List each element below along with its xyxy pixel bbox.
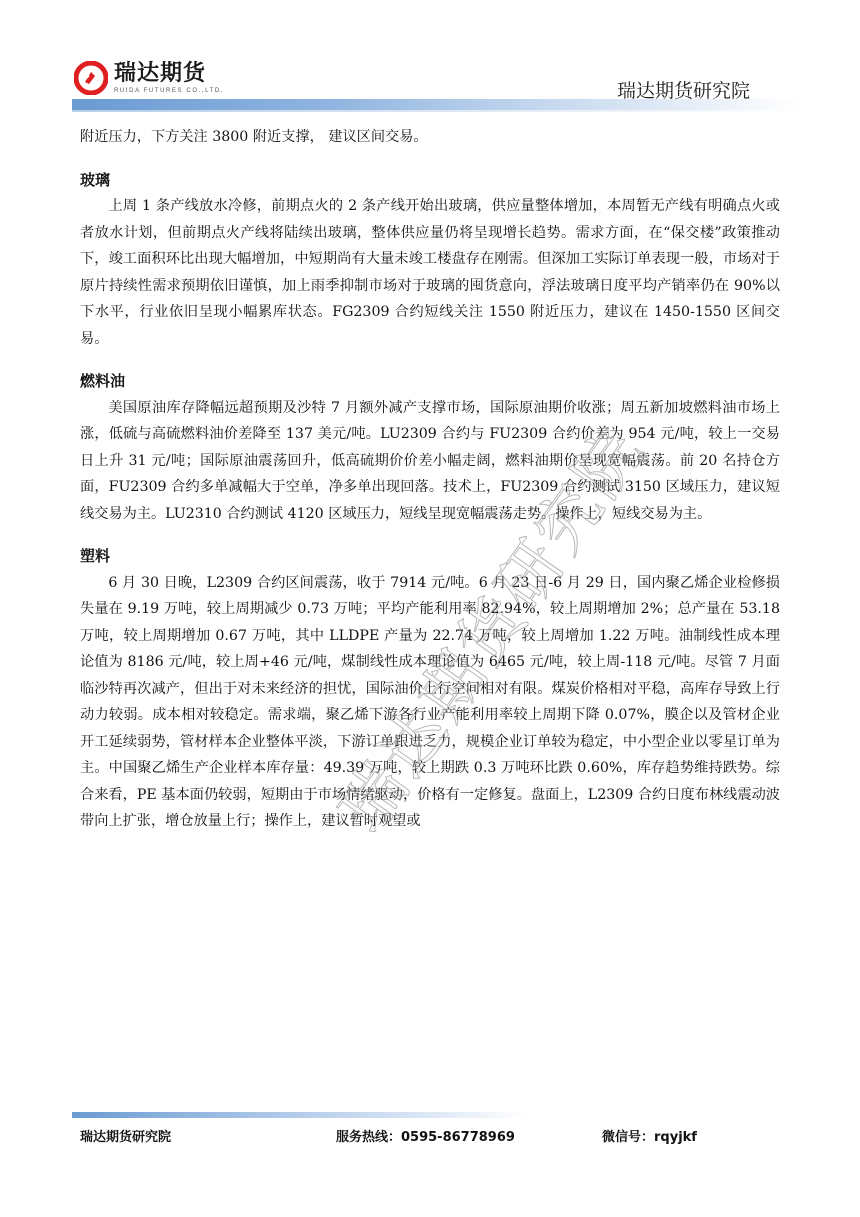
footer-divider-bar: [72, 1112, 527, 1118]
footer-wechat: 微信号：rqyjkf: [602, 1126, 697, 1145]
section-title-glass: 玻璃: [80, 167, 780, 194]
page-footer: 瑞达期货研究院 服务热线：0595-86778969 微信号：rqyjkf: [72, 1126, 800, 1146]
section-paragraph-fuel-oil: 美国原油库存降幅远超预期及沙特 7 月额外减产支撑市场，国际原油期价收涨；周五新…: [80, 395, 780, 528]
footer-org: 瑞达期货研究院: [80, 1126, 171, 1145]
section-title-plastic: 塑料: [80, 543, 780, 570]
section-paragraph-plastic: 6 月 30 日晚，L2309 合约区间震荡，收于 7914 元/吨。6 月 2…: [80, 570, 780, 835]
logo-chinese-name: 瑞达期货: [114, 61, 224, 87]
section-title-fuel-oil: 燃料油: [80, 368, 780, 395]
intro-line: 附近压力，下方关注 3800 附近支撑， 建议区间交易。: [80, 124, 780, 151]
page-header: 瑞达期货 RUIDA FUTURES CO.,LTD. 瑞达期货研究院: [0, 0, 860, 120]
company-logo: 瑞达期货 RUIDA FUTURES CO.,LTD.: [74, 60, 224, 96]
header-divider-bar: [72, 99, 800, 110]
header-divider-line: [72, 110, 800, 112]
ruida-logo-icon: [74, 61, 108, 95]
section-paragraph-glass: 上周 1 条产线放水冷修，前期点火的 2 条产线开始出玻璃，供应量整体增加，本周…: [80, 193, 780, 352]
logo-english-name: RUIDA FUTURES CO.,LTD.: [114, 87, 224, 95]
footer-hotline: 服务热线：0595-86778969: [336, 1126, 515, 1145]
report-body: 附近压力，下方关注 3800 附近支撑， 建议区间交易。 玻璃 上周 1 条产线…: [80, 124, 780, 835]
